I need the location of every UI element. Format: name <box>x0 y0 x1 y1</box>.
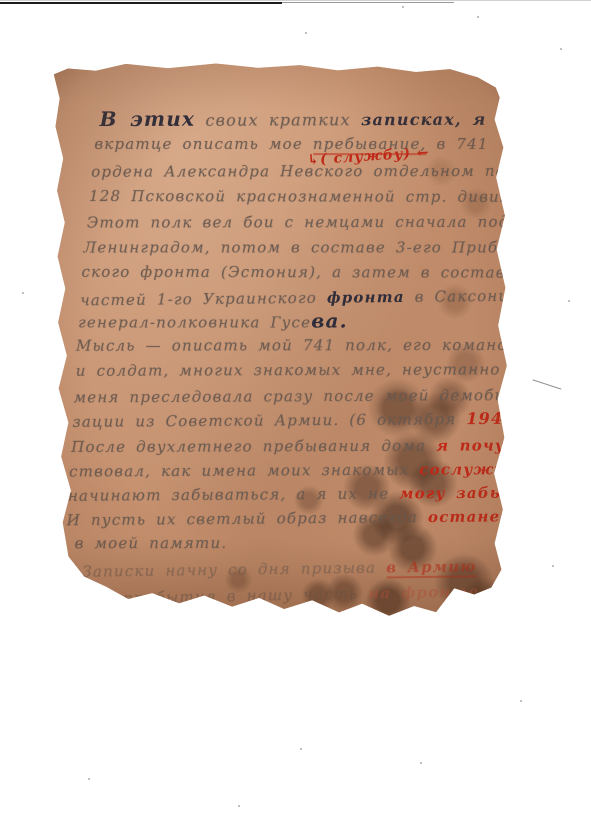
scanned-page: В этих своих кратких записках, я хочу вк… <box>0 0 591 813</box>
scanner-edge-artifact-faint <box>282 2 454 3</box>
dust-speck <box>420 762 422 764</box>
dust-speck <box>305 32 307 34</box>
scanner-edge-artifact <box>0 2 282 4</box>
dust-speck <box>238 805 240 807</box>
dust-speck <box>300 748 302 750</box>
dust-speck <box>552 565 554 567</box>
dust-speck <box>402 6 404 8</box>
dust-speck <box>22 292 24 294</box>
manuscript-paper: В этих своих кратких записках, я хочу вк… <box>44 60 516 619</box>
paper-edge-shading <box>44 60 516 619</box>
dust-speck <box>568 300 570 302</box>
dust-speck <box>88 778 90 780</box>
scanner-edge-hairline <box>0 0 591 1</box>
scratch-mark <box>533 379 562 389</box>
dust-speck <box>520 700 522 702</box>
dust-speck <box>560 48 562 50</box>
dust-speck <box>477 16 479 18</box>
